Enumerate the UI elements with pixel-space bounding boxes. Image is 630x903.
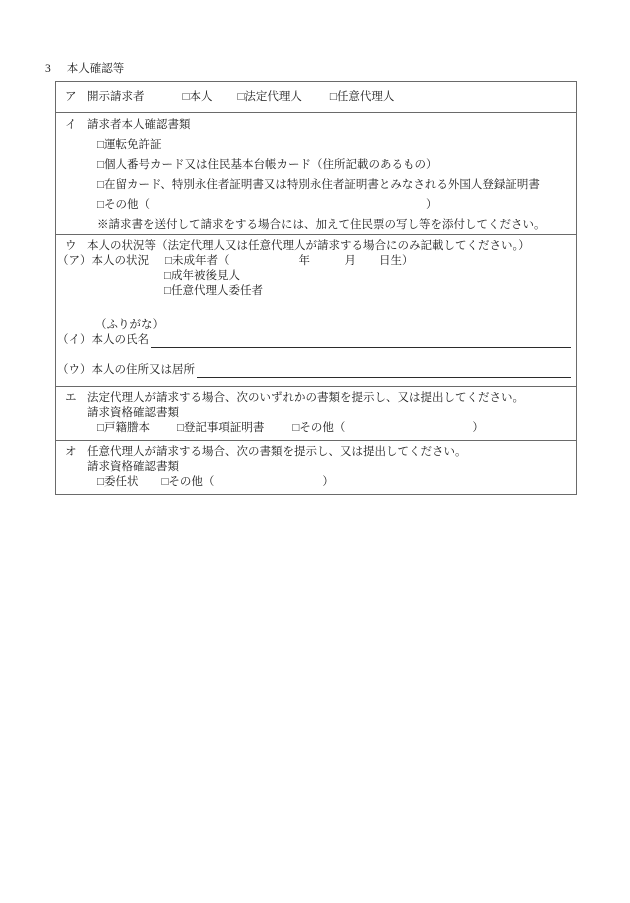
checkbox-option-voluntary-agent-delegator[interactable]: □任意代理人委任者 bbox=[56, 284, 576, 299]
section-title: 本人確認等 bbox=[67, 62, 125, 77]
voluntary-agent-instruction: オ 任意代理人が請求する場合、次の書類を提示し、又は提出してください。 bbox=[56, 445, 576, 460]
checkbox-option-registration-certificate[interactable]: □登記事項証明書 bbox=[177, 421, 264, 436]
checkbox-option-minor[interactable]: □未成年者（ 年 月 日生） bbox=[165, 254, 413, 269]
row-disclosure-requester: ア 開示請求者 □本人 □法定代理人 □任意代理人 bbox=[56, 82, 576, 112]
document-page: 3 本人確認等 ア 開示請求者 □本人 □法定代理人 □任意代理人 イ 請求者本… bbox=[0, 0, 630, 903]
row-legal-agent-documents: エ 法定代理人が請求する場合、次のいずれかの書類を提示し、又は提出してください。… bbox=[56, 386, 576, 440]
legal-agent-options-line: □戸籍謄本 □登記事項証明書 □その他（） bbox=[56, 421, 576, 436]
checkbox-option-other-document[interactable]: □その他（ ） bbox=[56, 195, 576, 215]
requester-line: ア 開示請求者 □本人 □法定代理人 □任意代理人 bbox=[56, 82, 576, 112]
checkbox-option-residence-card[interactable]: □在留カード、特別永住者証明書又は特別永住者証明書とみなされる外国人登録証明書 bbox=[56, 175, 576, 195]
checkbox-option-other-voluntary[interactable]: □その他（） bbox=[161, 475, 333, 490]
principal-address-line: （ウ） 本人の住所又は居所 bbox=[56, 363, 576, 378]
other-document-fill-blank[interactable] bbox=[150, 195, 426, 215]
legal-agent-instruction: エ 法定代理人が請求する場合、次のいずれかの書類を提示し、又は提出してください。 bbox=[56, 391, 576, 406]
checkbox-option-mynumber-card[interactable]: □個人番号カード又は住民基本台帳カード（住所記載のあるもの） bbox=[56, 155, 576, 175]
row-identity-documents: イ 請求者本人確認書類 □運転免許証 □個人番号カード又は住民基本台帳カード（住… bbox=[56, 112, 576, 234]
checkbox-option-family-register[interactable]: □戸籍謄本 bbox=[97, 421, 150, 436]
row-marker-i: イ bbox=[65, 115, 87, 135]
checkbox-option-voluntary-agent[interactable]: □任意代理人 bbox=[330, 82, 394, 112]
principal-situation-label: 本人の状況 bbox=[92, 254, 150, 269]
principal-name-fill-line[interactable] bbox=[151, 333, 571, 348]
requester-label: 開示請求者 bbox=[87, 82, 145, 112]
sub-marker-u: （ウ） bbox=[57, 363, 92, 378]
checkbox-option-other-legal[interactable]: □その他（） bbox=[292, 421, 483, 436]
row-marker-o: オ bbox=[65, 445, 87, 460]
sub-marker-a: （ア） bbox=[57, 254, 92, 269]
principal-status-header: ウ 本人の状況等（法定代理人又は任意代理人が請求する場合にのみ記載してください。… bbox=[56, 239, 576, 254]
section-number: 3 bbox=[45, 62, 51, 77]
principal-address-fill-line[interactable] bbox=[197, 363, 571, 378]
sub-marker-i: （イ） bbox=[57, 333, 92, 348]
principal-address-label: 本人の住所又は居所 bbox=[92, 363, 196, 378]
principal-name-line: （イ） 本人の氏名 bbox=[56, 333, 576, 348]
identity-verification-table: ア 開示請求者 □本人 □法定代理人 □任意代理人 イ 請求者本人確認書類 □運… bbox=[55, 81, 577, 495]
checkbox-option-adult-ward[interactable]: □成年被後見人 bbox=[56, 269, 576, 284]
identity-documents-header: イ 請求者本人確認書類 bbox=[56, 115, 576, 135]
checkbox-option-power-of-attorney[interactable]: □委任状 bbox=[97, 475, 138, 490]
checkbox-option-legal-agent[interactable]: □法定代理人 bbox=[237, 82, 301, 112]
row-principal-status: ウ 本人の状況等（法定代理人又は任意代理人が請求する場合にのみ記載してください。… bbox=[56, 234, 576, 386]
mailing-note: ※請求書を送付して請求をする場合には、加えて住民票の写し等を添付してください。 bbox=[56, 215, 576, 234]
section-heading: 3 本人確認等 bbox=[45, 62, 124, 77]
row-marker-e: エ bbox=[65, 391, 87, 406]
principal-situation-line: （ア） 本人の状況 □未成年者（ 年 月 日生） bbox=[56, 254, 576, 269]
identity-documents-label: 請求者本人確認書類 bbox=[87, 115, 191, 135]
principal-status-label: 本人の状況等（法定代理人又は任意代理人が請求する場合にのみ記載してください。） bbox=[87, 239, 530, 254]
voluntary-agent-options-line: □委任状 □その他（） bbox=[56, 475, 576, 490]
row-voluntary-agent-documents: オ 任意代理人が請求する場合、次の書類を提示し、又は提出してください。 請求資格… bbox=[56, 440, 576, 494]
checkbox-option-drivers-license[interactable]: □運転免許証 bbox=[56, 135, 576, 155]
furigana-label: （ふりがな） bbox=[56, 318, 576, 333]
legal-agent-doc-label: 請求資格確認書類 bbox=[56, 406, 576, 421]
voluntary-agent-doc-label: 請求資格確認書類 bbox=[56, 460, 576, 475]
principal-name-label: 本人の氏名 bbox=[92, 333, 150, 348]
row-marker-a: ア bbox=[65, 82, 87, 112]
row-marker-u: ウ bbox=[65, 239, 87, 254]
checkbox-option-self[interactable]: □本人 bbox=[183, 82, 213, 112]
